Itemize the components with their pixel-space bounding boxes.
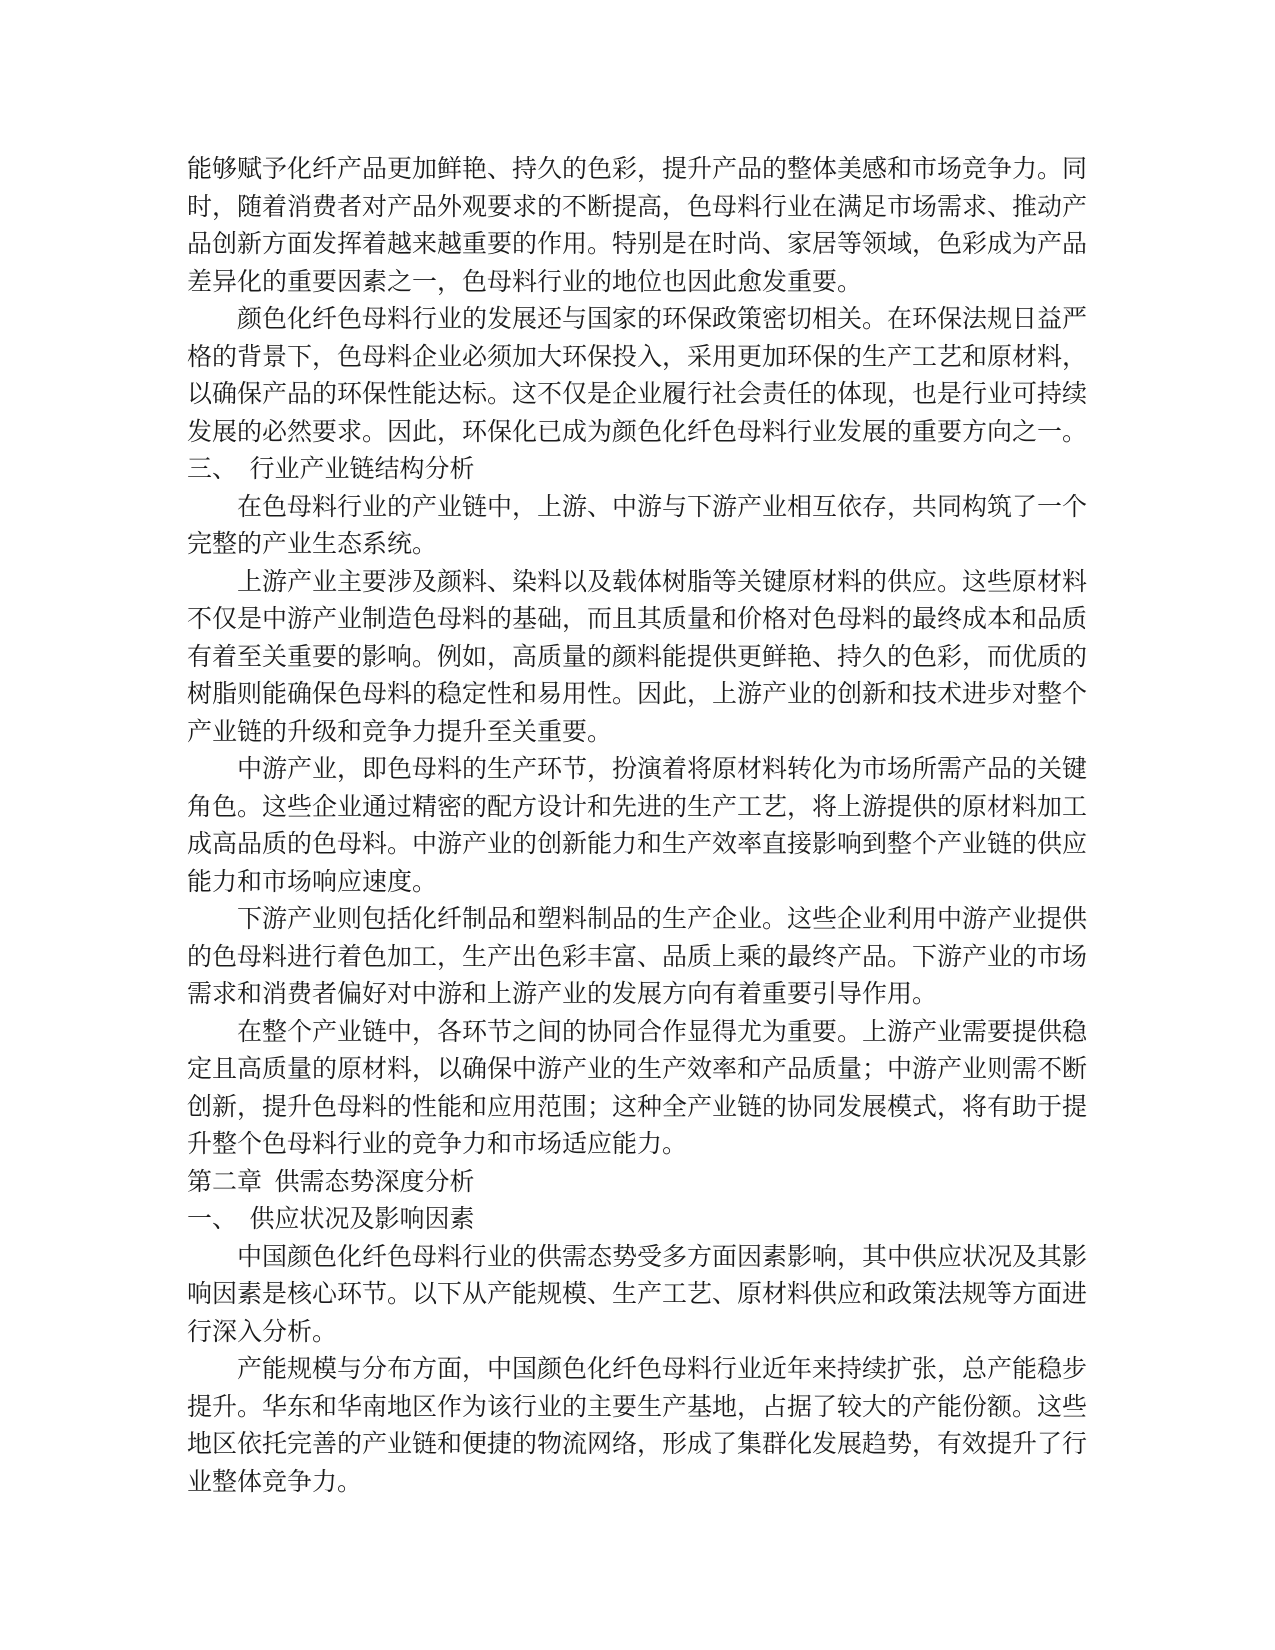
text-line: 在色母料行业的产业链中，上游、中游与下游产业相互依存，共同构筑了一个 — [187, 489, 1089, 527]
text-line: 产能规模与分布方面，中国颜色化纤色母料行业近年来持续扩张，总产能稳步 — [187, 1351, 1089, 1389]
text-line: 能力和市场响应速度。 — [187, 864, 1089, 902]
text-line: 中游产业，即色母料的生产环节，扮演着将原材料转化为市场所需产品的关键 — [187, 751, 1089, 789]
text-line: 行深入分析。 — [187, 1314, 1089, 1352]
text-line: 差异化的重要因素之一，色母料行业的地位也因此愈发重要。 — [187, 264, 1089, 302]
text-line: 响因素是核心环节。以下从产能规模、生产工艺、原材料供应和政策法规等方面进 — [187, 1276, 1089, 1314]
text-line: 的色母料进行着色加工，生产出色彩丰富、品质上乘的最终产品。下游产业的市场 — [187, 939, 1089, 977]
page-text: 能够赋予化纤产品更加鲜艳、持久的色彩，提升产品的整体美感和市场竞争力。同时，随着… — [187, 151, 1089, 1501]
text-line: 下游产业则包括化纤制品和塑料制品的生产企业。这些企业利用中游产业提供 — [187, 901, 1089, 939]
text-line: 树脂则能确保色母料的稳定性和易用性。因此，上游产业的创新和技术进步对整个 — [187, 676, 1089, 714]
text-line: 以确保产品的环保性能达标。这不仅是企业履行社会责任的体现，也是行业可持续 — [187, 376, 1089, 414]
text-line: 地区依托完善的产业链和便捷的物流网络，形成了集群化发展趋势，有效提升了行 — [187, 1426, 1089, 1464]
text-line: 不仅是中游产业制造色母料的基础，而且其质量和价格对色母料的最终成本和品质 — [187, 601, 1089, 639]
text-line: 颜色化纤色母料行业的发展还与国家的环保政策密切相关。在环保法规日益严 — [187, 301, 1089, 339]
text-line: 时，随着消费者对产品外观要求的不断提高，色母料行业在满足市场需求、推动产 — [187, 189, 1089, 227]
text-line: 需求和消费者偏好对中游和上游产业的发展方向有着重要引导作用。 — [187, 976, 1089, 1014]
document-page: 能够赋予化纤产品更加鲜艳、持久的色彩，提升产品的整体美感和市场竞争力。同时，随着… — [0, 0, 1275, 1650]
text-line: 有着至关重要的影响。例如，高质量的颜料能提供更鲜艳、持久的色彩，而优质的 — [187, 639, 1089, 677]
text-line: 提升。华东和华南地区作为该行业的主要生产基地，占据了较大的产能份额。这些 — [187, 1389, 1089, 1427]
text-line: 能够赋予化纤产品更加鲜艳、持久的色彩，提升产品的整体美感和市场竞争力。同 — [187, 151, 1089, 189]
text-line: 在整个产业链中，各环节之间的协同合作显得尤为重要。上游产业需要提供稳 — [187, 1014, 1089, 1052]
text-line: 成高品质的色母料。中游产业的创新能力和生产效率直接影响到整个产业链的供应 — [187, 826, 1089, 864]
heading-line: 三、 行业产业链结构分析 — [187, 451, 1089, 489]
text-line: 创新，提升色母料的性能和应用范围；这种全产业链的协同发展模式，将有助于提 — [187, 1089, 1089, 1127]
text-line: 品创新方面发挥着越来越重要的作用。特别是在时尚、家居等领域，色彩成为产品 — [187, 226, 1089, 264]
text-line: 上游产业主要涉及颜料、染料以及载体树脂等关键原材料的供应。这些原材料 — [187, 564, 1089, 602]
heading-line: 一、 供应状况及影响因素 — [187, 1201, 1089, 1239]
text-line: 产业链的升级和竞争力提升至关重要。 — [187, 714, 1089, 752]
text-line: 升整个色母料行业的竞争力和市场适应能力。 — [187, 1126, 1089, 1164]
heading-line: 第二章 供需态势深度分析 — [187, 1164, 1089, 1202]
text-line: 角色。这些企业通过精密的配方设计和先进的生产工艺，将上游提供的原材料加工 — [187, 789, 1089, 827]
text-line: 中国颜色化纤色母料行业的供需态势受多方面因素影响，其中供应状况及其影 — [187, 1239, 1089, 1277]
text-line: 业整体竞争力。 — [187, 1464, 1089, 1502]
text-line: 定且高质量的原材料，以确保中游产业的生产效率和产品质量；中游产业则需不断 — [187, 1051, 1089, 1089]
text-line: 格的背景下，色母料企业必须加大环保投入，采用更加环保的生产工艺和原材料， — [187, 339, 1089, 377]
text-line: 发展的必然要求。因此，环保化已成为颜色化纤色母料行业发展的重要方向之一。 — [187, 414, 1089, 452]
text-line: 完整的产业生态系统。 — [187, 526, 1089, 564]
